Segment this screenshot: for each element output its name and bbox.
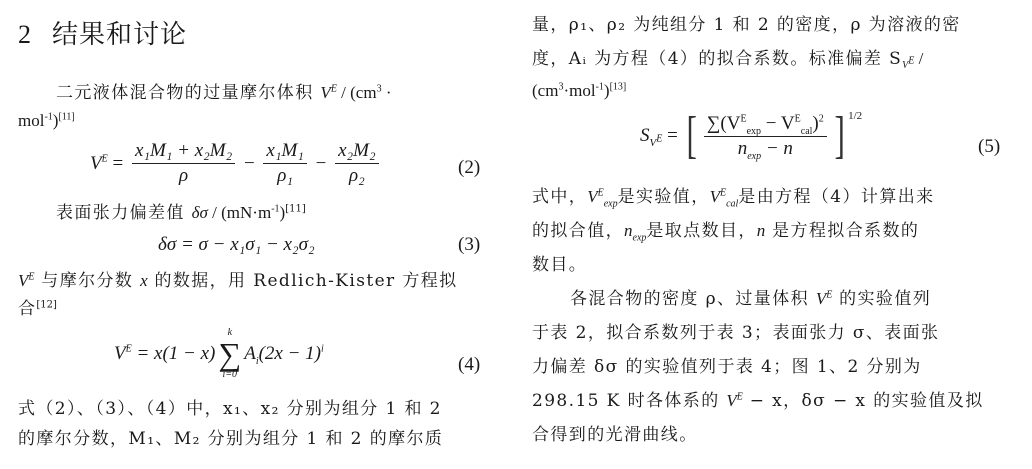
text: 与摩尔分数 — [35, 271, 141, 291]
section-title: 结果和讨论 — [52, 20, 187, 50]
citation-ref: [13] — [610, 81, 627, 92]
paragraph-excess-volume-line1: 二元液体混合物的过量摩尔体积 VE / (cm3 · — [56, 82, 392, 104]
paragraph-surface-tension: 表面张力偏差值 δσ / (mN·m-1)[11] — [56, 202, 306, 224]
eq4-rhs: (2x − 1)i — [259, 343, 324, 365]
equation-4: VE = x(1 − x) k ∑ i=0 Ai (2x − 1)i — [114, 328, 324, 380]
sum-icon: ∑ — [218, 338, 241, 370]
text: / — [914, 49, 923, 68]
unit-dot: · — [382, 83, 392, 102]
section-heading: 2结果和讨论 — [18, 24, 187, 46]
paragraph-redlich-kister-line1: VE 与摩尔分数 x 的数据，用 Redlich-Kister 方程拟 — [18, 270, 458, 292]
unit-sup: -1 — [271, 203, 279, 214]
eq4-coefficient: Ai — [244, 343, 258, 365]
eq2-minus: − — [239, 153, 259, 175]
unit-mol: mol — [18, 111, 44, 130]
equation-3: δσ = σ − x₁σ₁ − x₂σ₂ — [158, 234, 315, 256]
citation-ref: [11] — [58, 111, 74, 122]
unit: / (cm — [337, 83, 377, 102]
eq5-lhs: SVE — [640, 125, 662, 147]
symbol-x: x — [140, 271, 148, 290]
paragraph-results-line1: 各混合物的密度 ρ、过量体积 VE 的实验值列 — [570, 288, 931, 310]
text: 度，Aᵢ 为方程（4）的拟合系数。标准偏差 S — [532, 49, 902, 69]
eq4-middle: = x(1 − x) — [132, 343, 216, 365]
text: 的数据，用 Redlich-Kister 方程拟 — [148, 271, 458, 291]
equation-number-5: (5) — [978, 136, 1000, 158]
text: 二元液体混合物的过量摩尔体积 — [56, 83, 314, 103]
citation-ref: [11] — [285, 203, 306, 214]
eq2-fraction-2: x₁M₁ρ₁ — [263, 140, 306, 187]
section-number: 2 — [18, 20, 32, 49]
eq5-equals: = — [662, 125, 682, 147]
eq4-lhs: VE — [114, 343, 132, 365]
eq2-fraction-1: x₁M₁ + x₂M₂ρ — [132, 140, 235, 187]
eq2-minus: − — [311, 153, 331, 175]
equation-number-3: (3) — [458, 234, 480, 256]
paragraph-results-line5: 合得到的光滑曲线。 — [532, 424, 698, 446]
symbol-VE: VE — [320, 83, 337, 102]
paragraph-results-line2: 于表 2，拟合系数列于表 3；表面张力 σ、表面张 — [532, 322, 939, 344]
eq5-fraction: ∑(VEexp − VEcal)2 nexp − n — [704, 113, 827, 160]
right-bracket-icon: ] — [834, 110, 844, 162]
paragraph-densities-line3: (cm3·mol-1)[13] — [532, 80, 626, 102]
paragraph-densities-line2: 度，Aᵢ 为方程（4）的拟合系数。标准偏差 SVE / — [532, 48, 923, 70]
paragraph-definitions-line2: 的摩尔分数，M₁、M₂ 分别为组分 1 和 2 的摩尔质 — [18, 428, 443, 450]
symbol-delta-sigma: δσ — [192, 203, 208, 222]
equation-2: VE = x₁M₁ + x₂M₂ρ − x₁M₁ρ₁ − x₂M₂ρ₂ — [90, 140, 383, 187]
text: 合 — [18, 299, 36, 319]
eq4-summation: k ∑ i=0 — [218, 328, 241, 380]
text: 表面张力偏差值 — [56, 203, 185, 223]
paragraph-excess-volume-line2: mol-1)[11] — [18, 110, 75, 132]
left-bracket-icon: [ — [686, 110, 696, 162]
paragraph-redlich-kister-line2: 合[12] — [18, 298, 57, 320]
paragraph-densities-line1: 量，ρ₁、ρ₂ 为纯组分 1 和 2 的密度，ρ 为溶液的密 — [532, 14, 961, 36]
paragraph-variables-line2: 的拟合值，nexp是取点数目，n 是方程拟合系数的 — [532, 220, 919, 242]
paragraph-definitions-line1: 式（2）、（3）、（4）中，x₁、x₂ 分别为组分 1 和 2 — [18, 398, 442, 420]
paragraph-results-line4: 298.15 K 时各体系的 VE − x，δσ − x 的实验值及拟 — [532, 390, 984, 412]
equation-5: SVE = [ ∑(VEexp − VEcal)2 nexp − n ] 1/2 — [640, 110, 862, 162]
equation-number-4: (4) — [458, 354, 480, 376]
eq2-equals: = — [108, 153, 128, 175]
paragraph-variables-line1: 式中，VEexp是实验值，VEcal是由方程（4）计算出来 — [532, 186, 935, 208]
paragraph-variables-line3: 数目。 — [532, 254, 587, 276]
unit-sup: -1 — [44, 111, 52, 122]
eq2-fraction-3: x₂M₂ρ₂ — [335, 140, 378, 187]
unit: / (mN·m — [208, 203, 271, 222]
citation-ref: [12] — [36, 299, 57, 310]
paragraph-results-line3: 力偏差 δσ 的实验值列于表 4；图 1、2 分别为 — [532, 356, 922, 378]
symbol-VE: VE — [18, 271, 35, 290]
equation-number-2: (2) — [458, 157, 480, 179]
symbol-subscript: VE — [902, 60, 914, 71]
eq2-lhs: VE — [90, 153, 108, 175]
